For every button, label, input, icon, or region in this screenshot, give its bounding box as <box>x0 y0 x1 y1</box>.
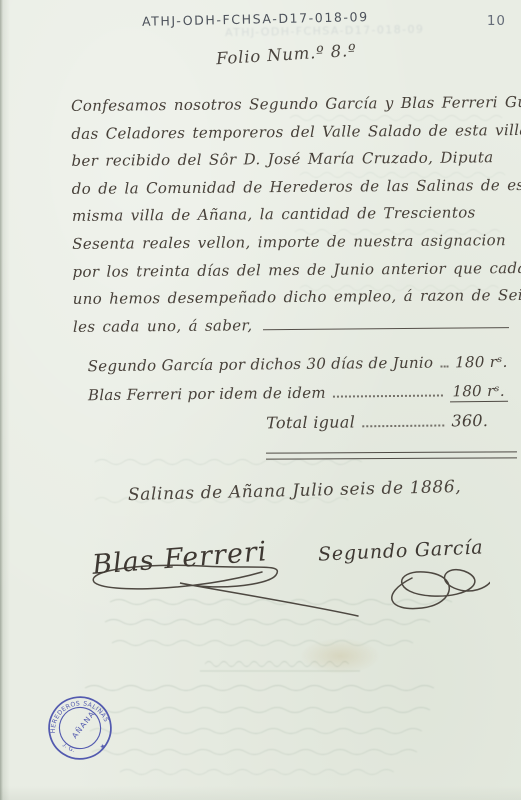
signature-rubric <box>50 558 490 633</box>
page-number: 10 <box>487 13 506 29</box>
body-line: Confesamos nosotros Segundo García y Bla… <box>71 89 509 120</box>
body-line-text: les cada uno, á saber, <box>73 312 253 341</box>
closing-double-rule <box>266 451 517 459</box>
account-section: Segundo García por dichos 30 días de Jun… <box>88 353 509 445</box>
body-line: uno hemos desempeñado dicho empleo, á ra… <box>73 282 511 313</box>
account-amount: 180 rˢ. <box>449 382 508 403</box>
body-line: Sesenta reales vellon, importe de nuestr… <box>72 227 510 258</box>
account-row: Blas Ferreri por idem de idem 180 rˢ. <box>88 382 508 415</box>
total-label: Total igual <box>266 412 355 432</box>
document-body: Confesamos nosotros Segundo García y Bla… <box>71 89 511 341</box>
body-line: das Celadores temporeros del Valle Salad… <box>71 117 509 148</box>
account-amount: 180 rˢ. <box>455 353 508 372</box>
dash-rule <box>263 327 509 330</box>
body-line: ber recibido del Sôr D. José María Cruza… <box>71 144 509 175</box>
date-line: Salinas de Añana Julio seis de 1886, <box>128 477 462 505</box>
account-label: Segundo García por dichos 30 días de Jun… <box>88 354 434 376</box>
leader-dots <box>440 365 448 367</box>
account-label: Blas Ferreri por idem de idem <box>88 384 326 404</box>
body-line: por los treinta días del mes de Junio an… <box>72 255 510 286</box>
account-row: Segundo García por dichos 30 días de Jun… <box>88 353 508 386</box>
paper-stain <box>300 638 380 674</box>
total-row: Total igual 360. <box>266 411 488 443</box>
leader-dots <box>333 394 443 397</box>
folio-title: Folio Num.º 8.º <box>216 41 358 69</box>
stamp-center-text: AÑANA <box>70 709 97 740</box>
leader-dots <box>362 424 444 427</box>
body-line: do de la Comunidad de Herederos de las S… <box>72 172 510 203</box>
body-line: misma villa de Añana, la cantidad de Tre… <box>72 199 510 230</box>
total-amount: 360. <box>451 411 488 430</box>
manuscript-page: ATHJ-ODH-FCHSA-D17-018-09 ATHJ-ODH-FCHSA… <box>0 0 521 800</box>
body-line: les cada uno, á saber, <box>73 310 511 341</box>
herederos-salinas-stamp: HEREDEROS SALINAS J. G. ★ AÑANA <box>37 685 122 770</box>
